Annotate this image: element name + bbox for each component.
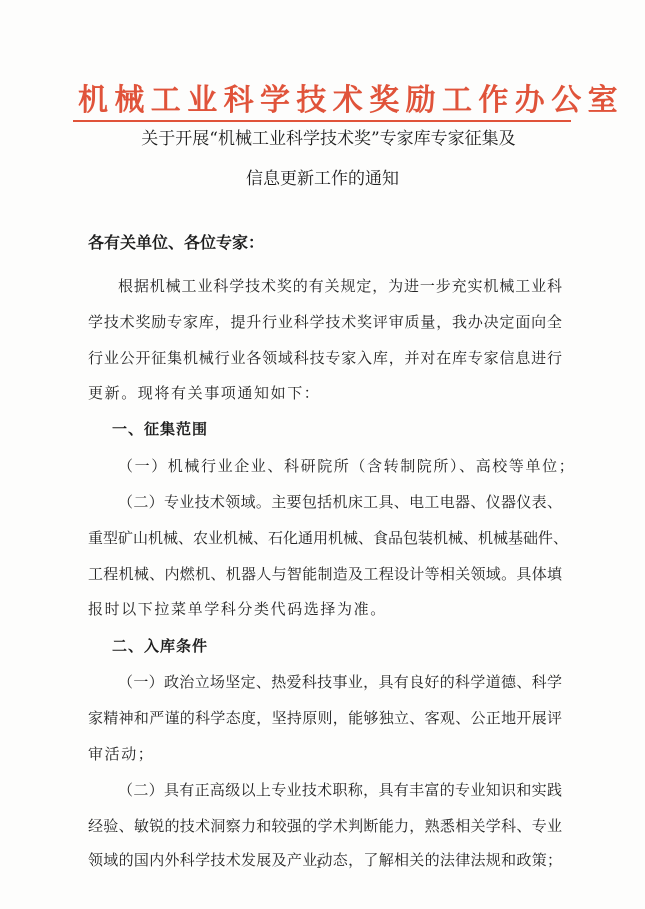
document-page: 机械工业科学技术奖励工作办公室 关于开展“机械工业科学技术奖”专家库专家征集及 …	[0, 0, 645, 909]
criteria-item-1-line: 家精神和严谨的科学态度，坚持原则，能够独立、客观、公正地开展评	[88, 707, 562, 729]
criteria-item-2-line: 经验、敏锐的技术洞察力和较强的学术判断能力，熟悉相关学科、专业	[88, 815, 562, 837]
intro-line: 根据机械工业科学技术奖的有关规定，为进一步充实机械工业科	[118, 275, 562, 297]
criteria-item-2-line: （二）具有正高级以上专业技术职称，具有丰富的专业知识和实践	[118, 779, 562, 801]
salutation: 各有关单位、各位专家：	[88, 232, 264, 254]
notice-title-line-1: 关于开展“机械工业科学技术奖”专家库专家征集及	[6, 128, 645, 150]
scope-item-1-line: （一）机械行业企业、科研院所（含转制院所）、高校等单位；	[118, 455, 575, 477]
section-heading-criteria: 二、入库条件	[112, 635, 208, 657]
scope-item-2-line: 重型矿山机械、农业机械、石化通用机械、食品包装机械、机械基础件、	[88, 527, 562, 549]
intro-line: 更新。现将有关事项通知如下：	[88, 382, 320, 404]
scope-item-2-line: 工程机械、内燃机、机器人与智能制造及工程设计等相关领域。具体填	[88, 563, 562, 585]
criteria-item-1-line: 审活动；	[88, 743, 154, 765]
notice-title-line-2: 信息更新工作的通知	[0, 168, 645, 190]
section-heading-scope: 一、征集范围	[112, 418, 208, 440]
issuing-office-header: 机械工业科学技术奖励工作办公室	[78, 83, 568, 119]
page-number: 1	[314, 858, 324, 872]
scope-item-2-line: （二）专业技术领域。主要包括机床工具、电工电器、仪器仪表、	[118, 491, 562, 513]
criteria-item-2-line: 领域的国内外科学技术发展及产业动态，了解相关的法律法规和政策；	[88, 849, 562, 871]
criteria-item-1-line: （一）政治立场坚定、热爱科技事业，具有良好的科学道德、科学	[118, 671, 562, 693]
red-header-rule	[73, 120, 571, 122]
intro-line: 学技术奖励专家库，提升行业科学技术奖评审质量，我办决定面向全	[88, 311, 562, 333]
intro-line: 行业公开征集机械行业各领域科技专家入库，并对在库专家信息进行	[88, 347, 562, 369]
scope-item-2-line: 报时以下拉菜单学科分类代码选择为准。	[88, 598, 387, 620]
